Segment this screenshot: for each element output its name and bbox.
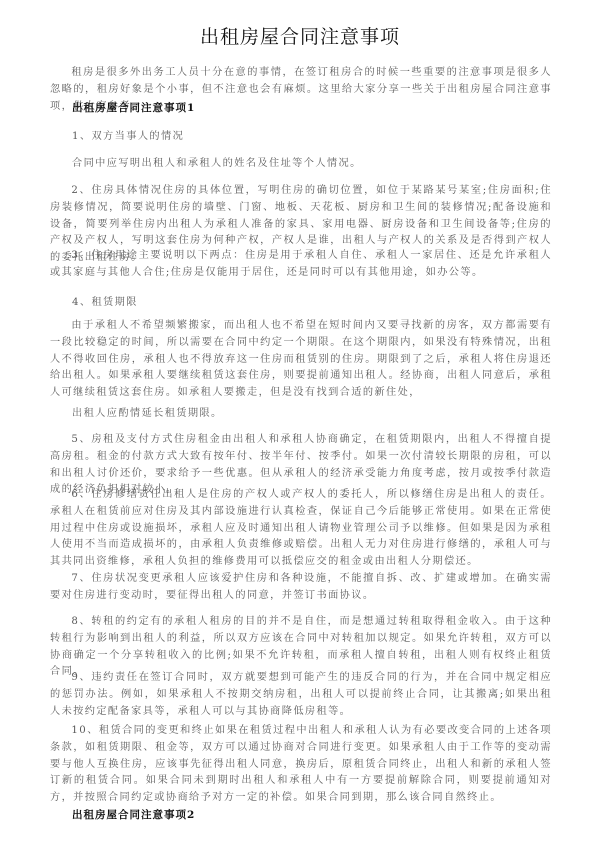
item-1-text: 合同中应写明出租人和承租人的姓名及住址等个人情况。 — [72, 154, 362, 169]
item-9-text: 9、违约责任在签订合同时，双方就要想到可能产生的违反合同的行为，并在合同中规定相… — [50, 670, 552, 720]
item-10-text: 10、租赁合同的变更和终止如果在租赁过程中出租人和承租人认为有必要改变合同的上述… — [50, 723, 552, 807]
item-4-extension: 出租人应酌情延长租赁期限。 — [72, 404, 223, 419]
item-7-text: 7、住房状况变更承租人应该爱护住房和各种设施，不能擅自拆、改、扩建或增加。在确实… — [50, 571, 552, 605]
item-4-text: 由于承租人不希望频繁搬家，而出租人也不希望在短时间内又要寻找新的房客，双方都需要… — [50, 318, 552, 402]
document-page: 出租房屋合同注意事项 租房是很多外出务工人员十分在意的事情，在签订租房合的时候一… — [0, 0, 600, 849]
document-title: 出租房屋合同注意事项 — [0, 22, 600, 49]
item-4-label: 4、租赁期限 — [72, 293, 138, 308]
item-6-text: 6、住房修缮责任出租人是住房的产权人或产权人的委托人，所以修缮住房是出租人的责任… — [50, 487, 552, 571]
item-1-label: 1、双方当事人的情况 — [72, 127, 184, 142]
section-heading-1: 出租房屋合同注意事项1 — [72, 100, 195, 115]
item-3-text: 3、住房用途主要说明以下两点：住房是用于承租人自住、承租人一家居住、还是允许承租… — [50, 248, 552, 282]
section-heading-2: 出租房屋合同注意事项2 — [72, 807, 195, 822]
